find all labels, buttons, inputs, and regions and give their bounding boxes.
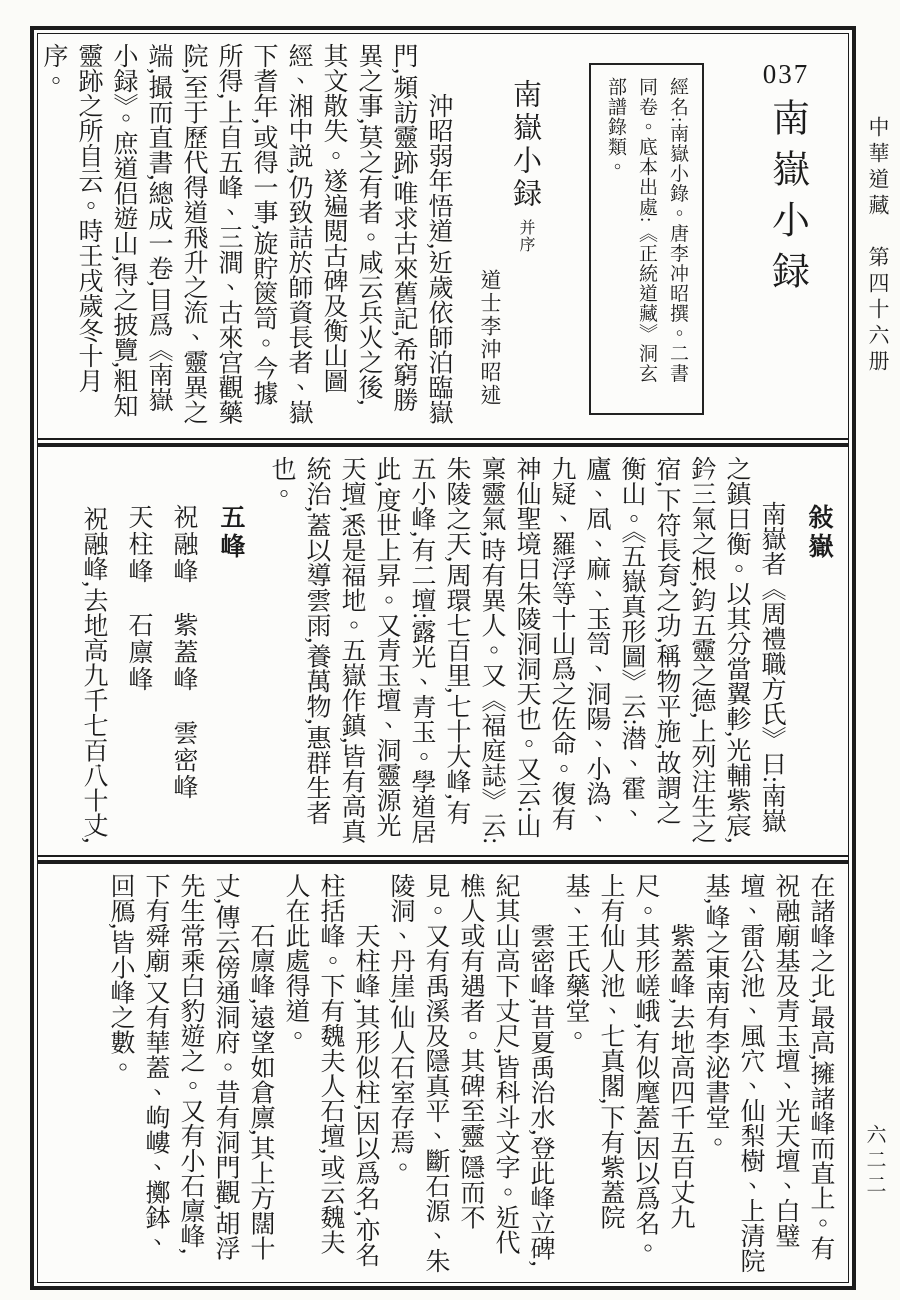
document-number: 037 [763, 57, 810, 92]
page-inner-frame: 037 南嶽小録 經名:南嶽小錄。唐李冲昭撰。二書同卷。底本出處:《正統道藏》洞… [37, 33, 849, 1283]
page-border-frame: 037 南嶽小録 經名:南嶽小錄。唐李冲昭撰。二書同卷。底本出處:《正統道藏》洞… [30, 26, 856, 1290]
section-heading-wufeng: 五峰 [213, 456, 248, 846]
section-divider [38, 855, 848, 864]
preface-body: 沖昭弱年悟道,近歲依師泊臨嶽門,頻訪靈跡,唯求古來舊記,希窮勝異之事,莫之有者。… [36, 43, 456, 429]
preface-title-text: 南嶽小録 [509, 79, 541, 211]
paragraph-yunmi: 雲密峰,昔夏禹治水,登此峰立碑,紀其山高下丈尺,皆科斗文字。近代樵人或有遇者。其… [383, 873, 558, 1273]
peak-list-column-2: 天柱峰 石廪峰 [121, 456, 156, 846]
band-peak-descriptions: 在諸峰之北,最高,擁諸峰而直上。有祝融廟基及青玉壇、光天壇、白璧壇、雷公池、風穴… [38, 864, 848, 1282]
section-heading-xuyue: 敍嶽 [801, 456, 836, 846]
preface-title-note: 并序 [517, 219, 534, 253]
paragraph-tianzhu: 天柱峰,其形似柱,因以爲名,亦名柱括峰。下有魏夫人石壇,或云魏夫人在此處得道。 [278, 873, 383, 1273]
colophon-text: 經名:南嶽小錄。唐李冲昭撰。二書同卷。底本出處:《正統道藏》洞玄部譜錄類。 [600, 77, 693, 401]
page-number: 六二二 [860, 1124, 889, 1199]
document-title: 南嶽小録 [769, 98, 804, 302]
scanned-page: { "page": { "series_volume": "中華道藏 第四十六册… [0, 0, 900, 1300]
paragraph-zigai: 紫蓋峰,去地高四千五百丈九尺。其形嵯峨,有似麾蓋,因以爲名。上有仙人池、七真閣,… [558, 873, 698, 1273]
colophon-box: 經名:南嶽小錄。唐李冲昭撰。二書同卷。底本出處:《正統道藏》洞玄部譜錄類。 [589, 63, 704, 415]
paragraph-shilin: 石廪峰,遠望如倉廪,其上方闊十丈,傳云傍通洞府。昔有洞門觀,胡浮先生常乘白豹遊之… [103, 873, 278, 1273]
preface-title: 南嶽小録并序 [507, 43, 543, 429]
band-xuyue-wufeng: 敍嶽 南嶽者《周禮職方氏》曰:南嶽之鎮曰衡。以其分當翼軫,光輔紫宸,鈐三氣之根,… [38, 447, 848, 855]
xuyue-body: 南嶽者《周禮職方氏》曰:南嶽之鎮曰衡。以其分當翼軫,光輔紫宸,鈐三氣之根,鈞五靈… [264, 456, 789, 846]
paragraph-zhurong-head: 祝融峰,去地高九千七百八十丈, [76, 456, 111, 846]
series-volume-label: 中華道藏 第四十六册 [863, 116, 893, 376]
preface-byline: 道士李沖昭述 [472, 43, 507, 429]
document-title-block: 037 南嶽小録 [734, 47, 838, 433]
peak-list-column-1: 祝融峰 紫蓋峰 雲密峰 [166, 456, 201, 846]
band-preface: 037 南嶽小録 經名:南嶽小錄。唐李冲昭撰。二書同卷。底本出處:《正統道藏》洞… [38, 34, 848, 438]
paragraph-zhurong-rest: 在諸峰之北,最高,擁諸峰而直上。有祝融廟基及青玉壇、光天壇、白璧壇、雷公池、風穴… [698, 873, 838, 1273]
section-divider [38, 438, 848, 447]
